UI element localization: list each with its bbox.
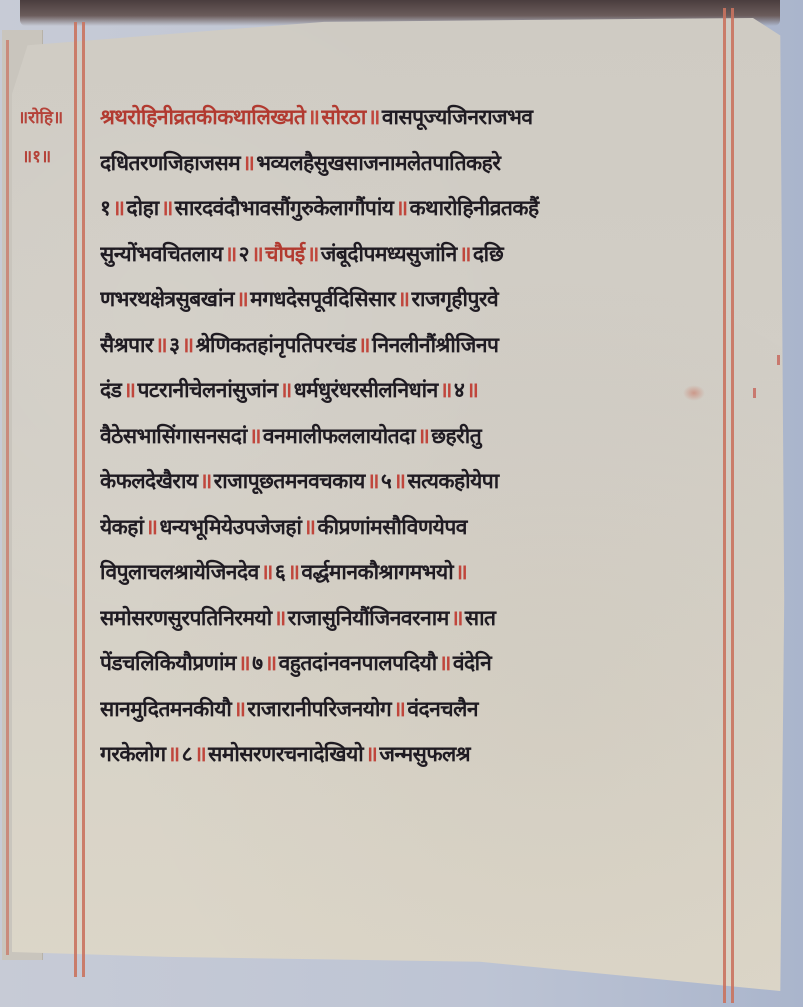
verse-text: ८ [182,742,192,766]
danda-separator: ॥ [368,105,380,129]
verse-text: णभरथक्षेत्रसुबखांन [100,287,234,311]
danda-separator: ॥ [417,424,429,448]
danda-separator: ॥ [287,560,299,584]
danda-separator: ॥ [367,469,379,493]
verse-text: राजापूछतमनवचकाय [214,469,365,493]
danda-separator: ॥ [251,242,263,266]
verse-text: राजासुनियौंजिनवरनाम [288,606,449,630]
verse-text: समोसरणसुरपतिनिरमयो [100,606,272,630]
danda-separator: ॥ [459,242,471,266]
danda-separator: ॥ [123,378,135,402]
verse-text: श्रेणिकतहांनृपतिपरचंड [196,333,356,357]
danda-separator: ॥ [238,651,250,675]
verse-text: विपुलाचलश्रायेजिनदेव [100,560,259,584]
danda-separator: ॥ [455,560,467,584]
danda-separator: ॥ [439,651,451,675]
danda-separator: ॥ [280,378,292,402]
verse-text: सानमुदितमनकीयौ [100,697,231,721]
text-line: गरकेलोग॥८॥समोसरणरचनादेखियो॥जन्मसुफलश्र [100,732,740,778]
verse-text: येकहां [100,515,143,539]
danda-separator: ॥ [466,378,478,402]
text-line: श्रथरोहिनीव्रतकीकथालिख्यते॥सोरठा॥वासपूज्… [100,95,740,141]
verse-text: सुन्योंभवचितलाय [100,242,223,266]
danda-separator: ॥ [365,742,377,766]
verse-text: धर्मधुरंधरसीलनिधांन [294,378,438,402]
text-line: वैठेसभासिंगासनसदां॥वनमालीफललायोतदा॥छहरीत… [100,414,740,460]
danda-separator: ॥ [242,151,254,175]
danda-separator: ॥ [182,333,194,357]
danda-separator: ॥ [194,742,206,766]
danda-separator: ॥ [236,287,248,311]
text-line: सैश्रपार॥३॥श्रेणिकतहांनृपतिपरचंड॥निनलीनौ… [100,323,740,369]
margin-mark [753,388,756,398]
verse-text: ५ [381,469,391,493]
text-line: केफलदेखैराय॥राजापूछतमनवचकाय॥५॥सत्यकहोयेप… [100,459,740,505]
verse-text: छहरीतु [431,424,481,448]
danda-separator: ॥ [145,515,157,539]
verse-text: दछि [473,242,503,266]
verse-text: ७ [252,651,262,675]
danda-separator: ॥ [358,333,370,357]
verse-text: समोसरणरचनादेखियो [208,742,363,766]
verse-text: ४ [454,378,464,402]
verse-text: धन्यभूमियेउपजेजहां [160,515,302,539]
verse-text: सत्यकहोयेपा [407,469,498,493]
verse-text: १ [100,196,110,220]
verse-text: सात [465,606,496,630]
danda-separator: ॥ [307,242,319,266]
verse-text: वंदनचलैन [407,697,478,721]
text-line: १॥दोहा॥सारदवंदौभावसौंगुरुकेलागौंपांय॥कथा… [100,186,740,232]
danda-separator: ॥ [249,424,261,448]
verse-text: वैठेसभासिंगासनसदां [100,424,247,448]
danda-separator: ॥ [303,515,315,539]
margin-title: ॥रोहि॥ [18,110,98,127]
verse-text: दधितरणजिहाजसम [100,151,240,175]
text-line: दधितरणजिहाजसम॥भव्यलहैसुखसाजनामलेतपातिकहर… [100,141,740,187]
danda-separator: ॥ [265,651,277,675]
danda-separator: ॥ [451,606,463,630]
verse-text: वहुतदांनवनपालपदियौ [279,651,437,675]
danda-separator: ॥ [112,196,124,220]
verse-text: जंबूदीपमध्यसुजांनि [321,242,457,266]
text-line: विपुलाचलश्रायेजिनदेव॥६॥वर्द्धमानकौश्रागम… [100,550,740,596]
verse-text: केफलदेखैराय [100,469,198,493]
danda-separator: ॥ [395,196,407,220]
text-line: णभरथक्षेत्रसुबखांन॥मगधदेसपूर्वदिसिसार॥रा… [100,277,740,323]
danda-separator: ॥ [155,333,167,357]
verse-text: दंड [100,378,121,402]
danda-separator: ॥ [307,105,319,129]
verse-text: निनलीनौंश्रीजिनप [372,333,498,357]
danda-separator: ॥ [168,742,180,766]
folio-number: ॥१॥ [18,149,98,166]
danda-separator: ॥ [161,196,173,220]
rubric-text: चौपई [265,242,305,266]
verse-text: राजारानीपरिजनयोग [247,697,391,721]
text-line: समोसरणसुरपतिनिरमयो॥राजासुनियौंजिनवरनाम॥स… [100,596,740,642]
margin-mark [777,355,780,365]
danda-separator: ॥ [261,560,273,584]
verse-text: वर्द्धमानकौश्रागमभयो [301,560,453,584]
rubric-text: श्रथरोहिनीव्रतकीकथालिख्यते [100,105,305,129]
verse-text: जन्मसुफलश्र [379,742,470,766]
left-margin-notes: ॥रोहि॥ ॥१॥ [18,110,98,188]
verse-text: भव्यलहैसुखसाजनामलेतपातिकहरे [256,151,500,175]
text-line: सानमुदितमनकीयौ॥राजारानीपरिजनयोग॥वंदनचलैन [100,687,740,733]
text-line: दंड॥पटरानीचेलनांसुजांन॥धर्मधुरंधरसीलनिधा… [100,368,740,414]
verse-text: २ [239,242,249,266]
verse-text: वंदेनि [453,651,491,675]
manuscript-text: श्रथरोहिनीव्रतकीकथालिख्यते॥सोरठा॥वासपूज्… [100,95,740,778]
verse-text: दोहा [127,196,159,220]
text-line: येकहां॥धन्यभूमियेउपजेजहां॥कीप्रणांमसौविण… [100,505,740,551]
verse-text: ३ [169,333,179,357]
danda-separator: ॥ [393,697,405,721]
danda-separator: ॥ [225,242,237,266]
verse-text: गरकेलोग [100,742,166,766]
verse-text: सैश्रपार [100,333,153,357]
danda-separator: ॥ [200,469,212,493]
verse-text: वनमालीफललायोतदा [263,424,415,448]
danda-separator: ॥ [274,606,286,630]
verse-text: पेंडचलिकियौप्रणांम [100,651,236,675]
danda-separator: ॥ [233,697,245,721]
text-line: पेंडचलिकियौप्रणांम॥७॥वहुतदांनवनपालपदियौ॥… [100,641,740,687]
verse-text: राजगृहीपुरवे [411,287,498,311]
danda-separator: ॥ [397,287,409,311]
verse-text: कथारोहिनीव्रतकहैं [410,196,539,220]
text-line: सुन्योंभवचितलाय॥२॥चौपई॥जंबूदीपमध्यसुजांन… [100,232,740,278]
verse-text: वासपूज्यजिनराजभव [382,105,533,129]
verse-text: कीप्रणांमसौविणयेपव [318,515,467,539]
danda-separator: ॥ [393,469,405,493]
verse-text: सारदवंदौभावसौंगुरुकेलागौंपांय [175,196,394,220]
rubric-text: सोरठा [321,105,365,129]
verse-text: मगधदेसपूर्वदिसिसार [250,287,395,311]
verse-text: ६ [275,560,285,584]
outer-left-rule [6,40,9,955]
danda-separator: ॥ [440,378,452,402]
verse-text: पटरानीचेलनांसुजांन [137,378,277,402]
